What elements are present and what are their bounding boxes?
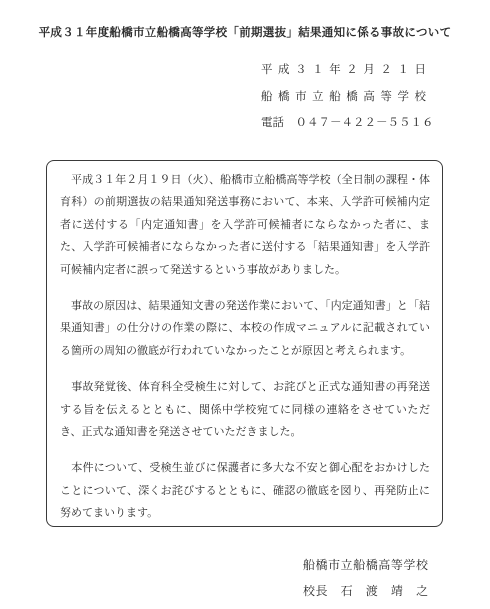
document-title: 平成３１年度船橋市立船橋高等学校「前期選抜」結果通知に係る事故について [0,24,490,40]
phone-number: 電話 ０４７－４２２－５５１６ [261,110,426,137]
issue-date: 平成３１年２月２１日 [261,57,426,84]
notice-box: 平成３１年２月１９日（火）、船橋市立船橋高等学校（全日制の課程・体育科）の前期選… [46,160,443,527]
notice-paragraph-cause: 事故の原因は、結果通知文書の発送作業において、「内定通知書」と「結果通知書」の仕… [60,295,430,362]
header-block: 平成３１年２月２１日 船橋市立船橋高等学校 電話 ０４７－４２２－５５１６ [261,57,426,137]
notice-paragraph-response: 事故発覚後、体育科全受検生に対して、お詫びと正式な通知書の再発送する旨を伝えると… [60,376,430,443]
notice-paragraph-apology: 本件について、受検生並びに保護者に多大な不安と御心配をおかけしたことについて、深… [60,457,430,524]
signature-principal: 校長 石 渡 靖 之 [303,578,428,604]
signature-organization: 船橋市立船橋高等学校 [303,552,428,578]
document-page: 平成３１年度船橋市立船橋高等学校「前期選抜」結果通知に係る事故について 平成３１… [0,0,490,609]
notice-paragraph-incident: 平成３１年２月１９日（火）、船橋市立船橋高等学校（全日制の課程・体育科）の前期選… [60,169,430,281]
signature-block: 船橋市立船橋高等学校 校長 石 渡 靖 之 [303,552,428,604]
issuing-organization: 船橋市立船橋高等学校 [261,84,426,111]
